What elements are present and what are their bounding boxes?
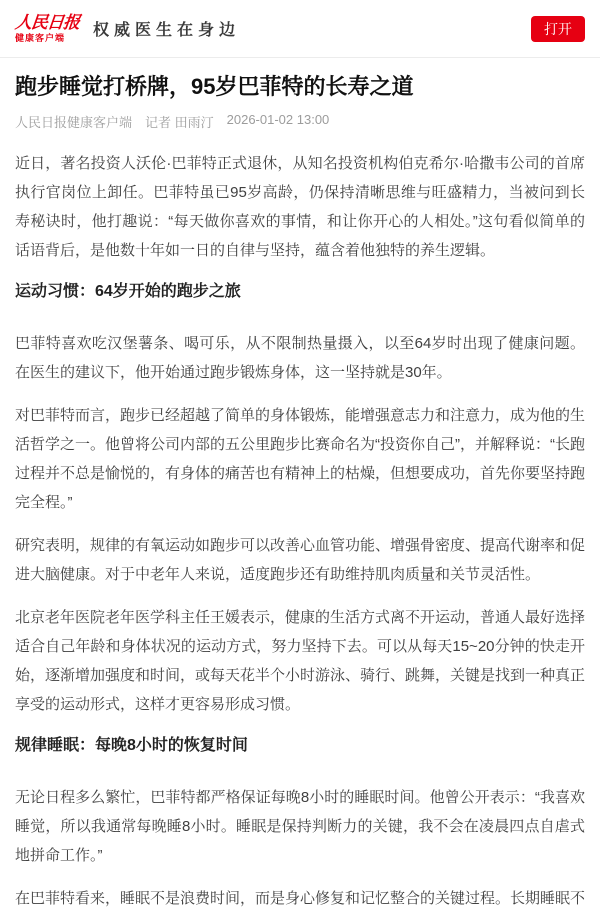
article-paragraph: 北京老年医院老年医学科主任王媛表示，健康的生活方式离不开运动，普通人最好选择适合… xyxy=(15,603,585,719)
header-tagline: 权威医生在身边 xyxy=(93,17,240,40)
logo-health-client: 健康客户端 xyxy=(15,34,65,43)
byline: 人民日报健康客户端 记者 田雨汀 2026-01-02 13:00 xyxy=(15,112,585,131)
logo-people-daily: 人民日报 xyxy=(14,15,80,32)
app-header: 人民日报 健康客户端 权威医生在身边 打开 xyxy=(0,0,600,58)
article-paragraph: 巴菲特喜欢吃汉堡薯条、喝可乐，从不限制热量摄入，以至64岁时出现了健康问题。在医… xyxy=(15,329,585,387)
byline-datetime: 2026-01-02 13:00 xyxy=(227,112,330,131)
article-title: 跑步睡觉打桥牌，95岁巴菲特的长寿之道 xyxy=(15,72,585,102)
section-heading: 规律睡眠：每晚8小时的恢复时间 xyxy=(15,735,585,757)
article-paragraph: 对巴菲特而言，跑步已经超越了简单的身体锻炼，能增强意志力和注意力，成为他的生活哲… xyxy=(15,401,585,517)
article-body: 近日，著名投资人沃伦·巴菲特正式退休，从知名投资机构伯克希尔·哈撒韦公司的首席执… xyxy=(15,149,585,913)
article-paragraph: 无论日程多么繁忙，巴菲特都严格保证每晚8小时的睡眠时间。他曾公开表示：“我喜欢睡… xyxy=(15,783,585,870)
article-paragraph: 研究表明，规律的有氧运动如跑步可以改善心血管功能、增强骨密度、提高代谢率和促进大… xyxy=(15,531,585,589)
news-page: 人民日报 健康客户端 权威医生在身边 打开 跑步睡觉打桥牌，95岁巴菲特的长寿之… xyxy=(0,0,600,914)
byline-source: 人民日报健康客户端 xyxy=(15,112,132,131)
article-paragraph: 在巴菲特看来，睡眠不是浪费时间，而是身心修复和记忆整合的关键过程。长期睡眠不 xyxy=(15,884,585,913)
article: 跑步睡觉打桥牌，95岁巴菲特的长寿之道 人民日报健康客户端 记者 田雨汀 202… xyxy=(0,72,600,913)
section-heading: 运动习惯：64岁开始的跑步之旅 xyxy=(15,281,585,303)
article-paragraph: 近日，著名投资人沃伦·巴菲特正式退休，从知名投资机构伯克希尔·哈撒韦公司的首席执… xyxy=(15,149,585,265)
open-app-button[interactable]: 打开 xyxy=(531,16,585,42)
byline-reporter: 记者 田雨汀 xyxy=(145,112,214,131)
logo: 人民日报 健康客户端 xyxy=(15,15,79,43)
